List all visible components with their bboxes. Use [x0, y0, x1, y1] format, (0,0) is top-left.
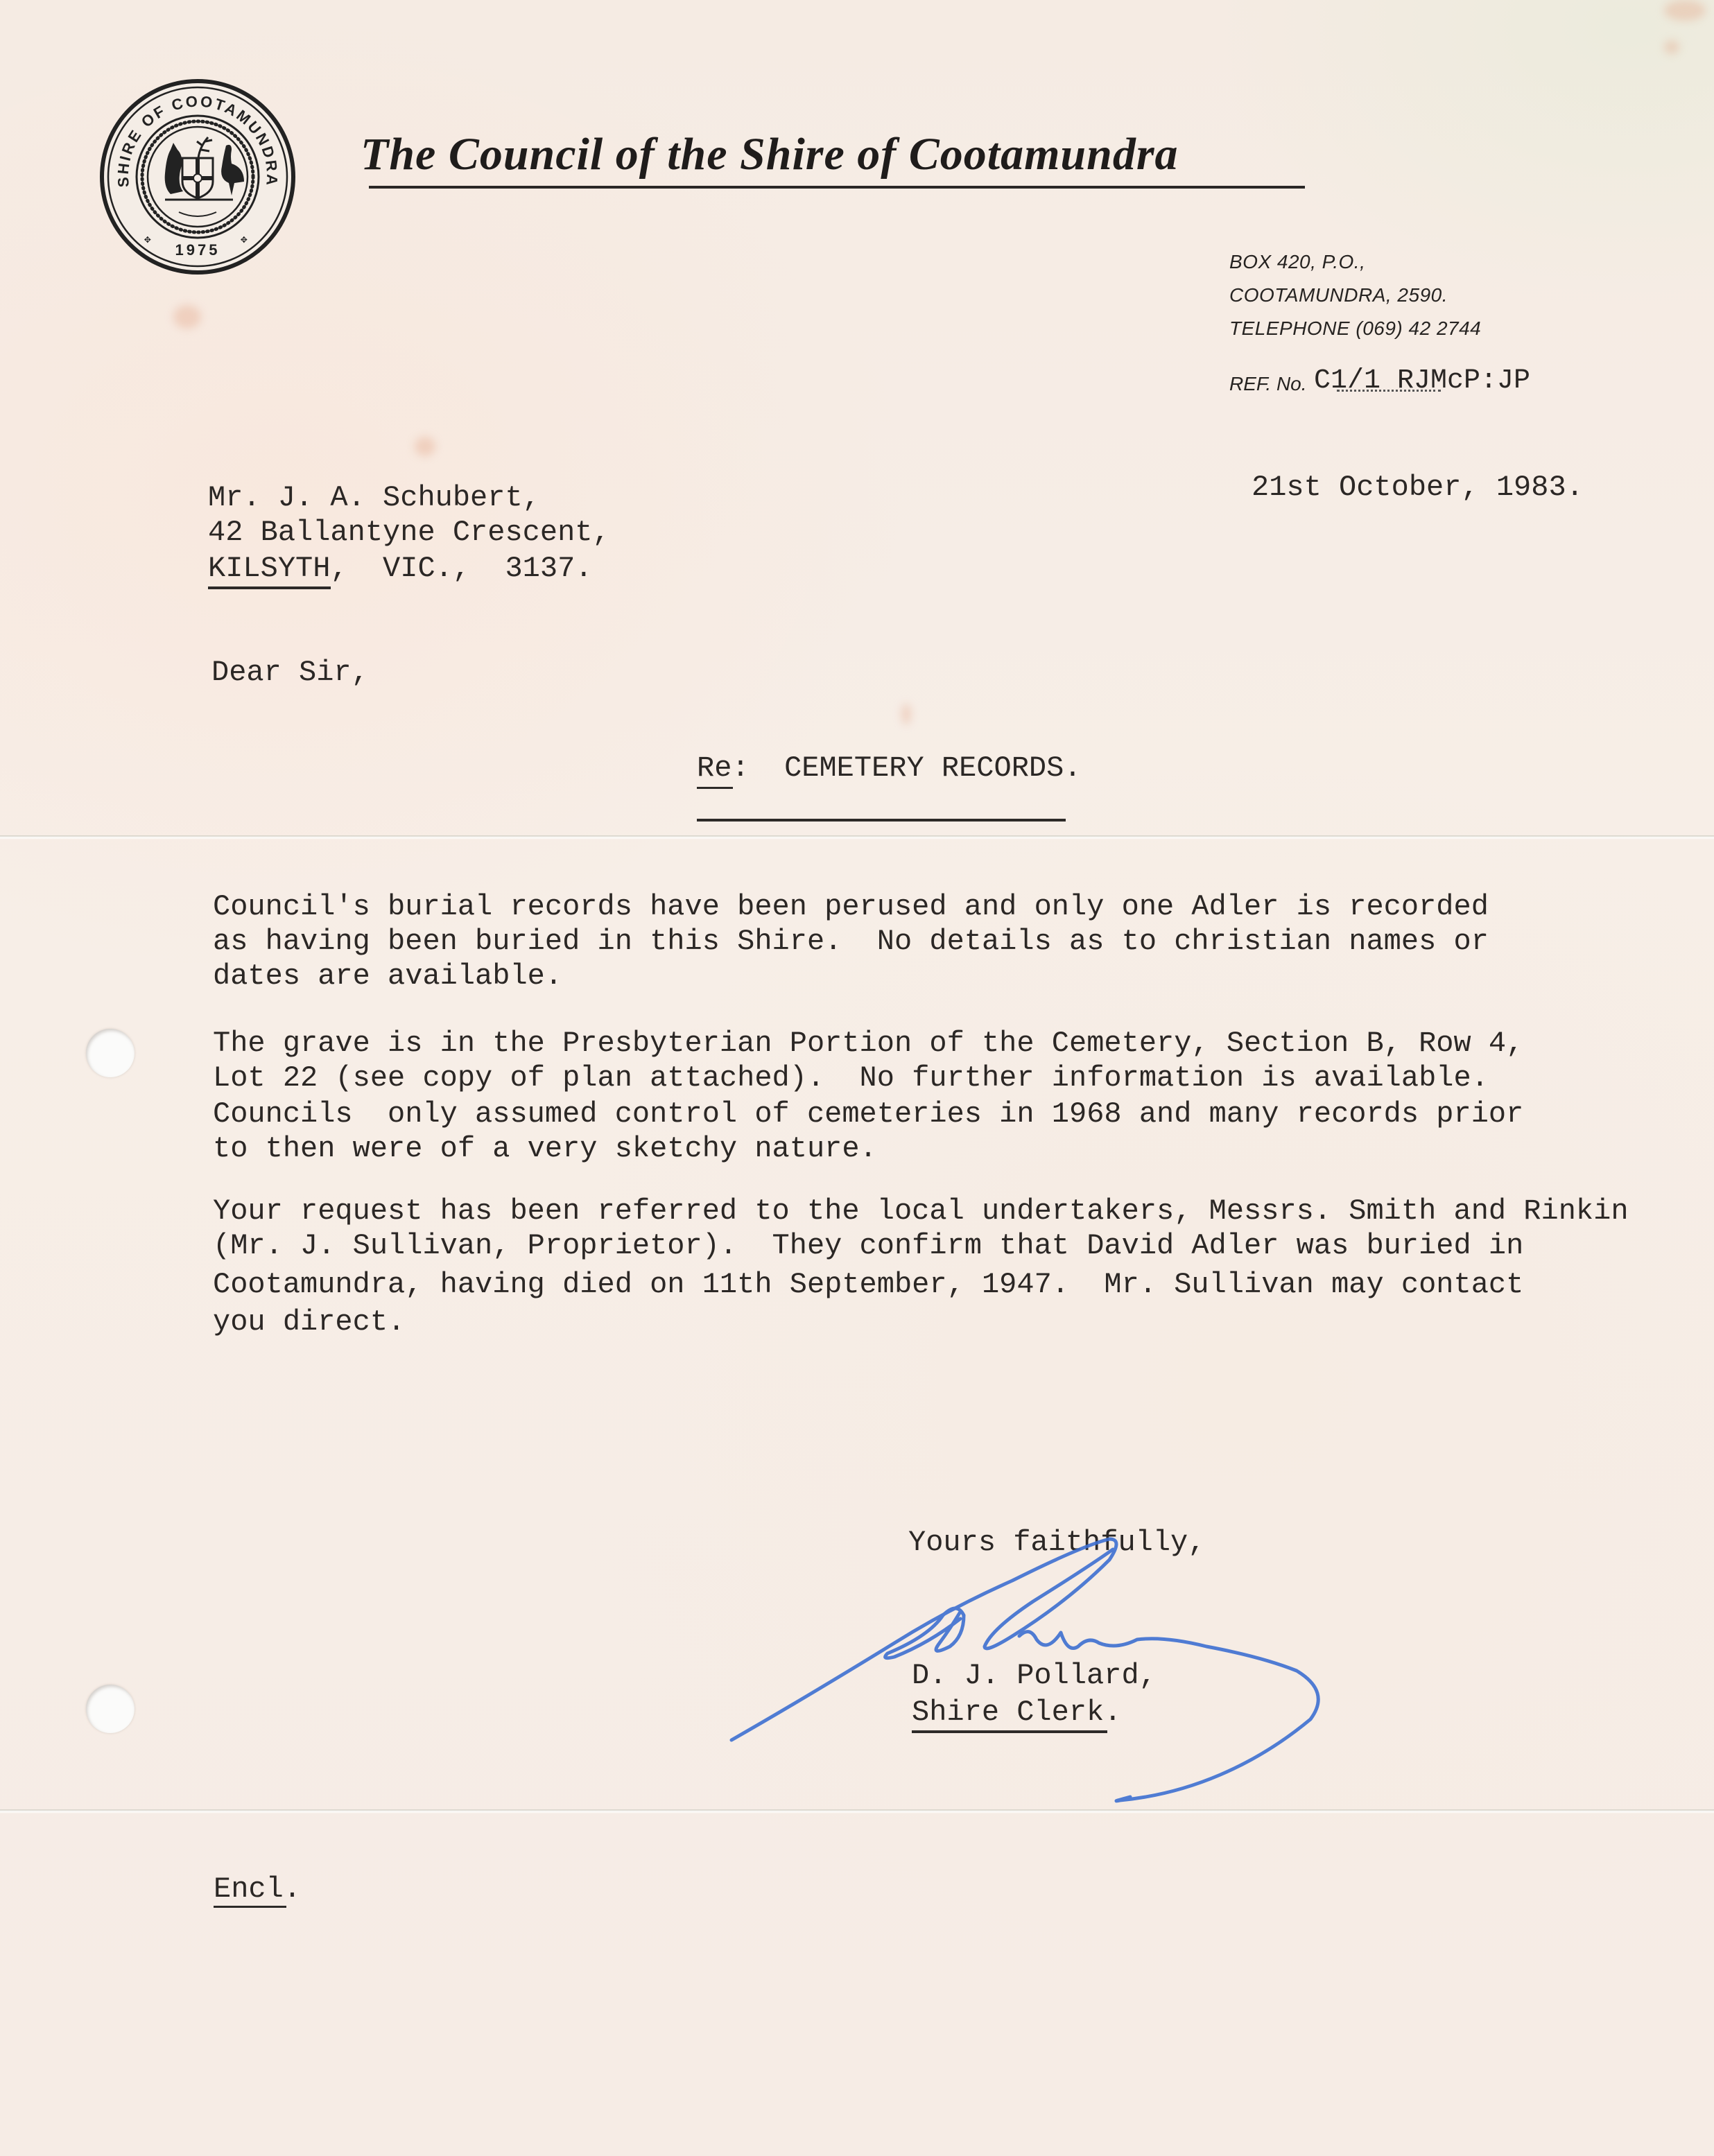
enclosure-label: Encl	[214, 1872, 284, 1906]
svg-text:✥: ✥	[241, 234, 248, 246]
body-line: Your request has been referred to the lo…	[213, 1194, 1629, 1228]
recipient-state-postcode: , VIC., 3137.	[330, 552, 592, 585]
body-line: dates are available.	[213, 959, 562, 993]
recipient-city-underline	[208, 586, 331, 589]
svg-text:1975: 1975	[175, 241, 220, 259]
punch-hole-lower	[86, 1685, 135, 1733]
body-line: to then were of a very sketchy nature.	[213, 1131, 877, 1166]
fold-line-upper	[0, 835, 1714, 840]
subject-underline	[697, 819, 1066, 821]
council-po-box: BOX 420, P.O.,	[1229, 251, 1365, 273]
svg-text:✥: ✥	[144, 234, 151, 246]
letter-date: 21st October, 1983.	[1252, 470, 1584, 505]
recipient-street: 42 Ballantyne Crescent,	[208, 515, 610, 550]
enclosure-underline	[214, 1906, 286, 1908]
paper-stain	[173, 305, 201, 329]
body-line: Lot 22 (see copy of plan attached). No f…	[213, 1061, 1489, 1095]
letterhead-rule	[369, 186, 1305, 189]
body-line: (Mr. J. Sullivan, Proprietor). They conf…	[213, 1228, 1523, 1263]
body-line: Councils only assumed control of cemeter…	[213, 1097, 1523, 1131]
paper-stain	[415, 437, 435, 456]
paper-stain	[901, 704, 911, 724]
subject-prefix: Re	[697, 751, 732, 785]
body-line: Cootamundra, having died on 11th Septemb…	[213, 1267, 1523, 1302]
ref-number: C1/1 RJMcP:JP	[1314, 365, 1530, 397]
body-line: you direct.	[213, 1305, 405, 1339]
enclosure-line: Encl.	[214, 1872, 301, 1906]
council-telephone: TELEPHONE (069) 42 2744	[1229, 318, 1481, 340]
body-line: Council's burial records have been perus…	[213, 889, 1489, 924]
paper-stain	[1664, 40, 1679, 54]
salutation: Dear Sir,	[211, 655, 369, 690]
body-line: as having been buried in this Shire. No …	[213, 924, 1489, 959]
signatory-name: D. J. Pollard,	[912, 1658, 1157, 1693]
fold-line-lower	[0, 1809, 1714, 1814]
closing: Yours faithfully,	[908, 1525, 1205, 1560]
signatory-title-underline	[912, 1730, 1107, 1733]
signatory-title-line: Shire Clerk.	[912, 1695, 1121, 1730]
recipient-city: KILSYTH	[208, 552, 330, 585]
punch-hole-upper	[86, 1029, 135, 1077]
recipient-name: Mr. J. A. Schubert,	[208, 480, 540, 515]
subject-prefix-underline	[697, 787, 733, 789]
subject-line: Re: CEMETERY RECORDS.	[697, 751, 1082, 785]
letterhead-title: The Council of the Shire of Cootamundra	[361, 128, 1310, 181]
council-town: COOTAMUNDRA, 2590.	[1229, 284, 1448, 306]
paper-stain	[1664, 0, 1706, 21]
council-seal-icon: SHIRE OF COOTAMUNDRA 1975 ✥ ✥	[97, 76, 298, 277]
ref-label: REF. No.	[1229, 373, 1307, 395]
body-line: The grave is in the Presbyterian Portion…	[213, 1026, 1523, 1061]
recipient-city-line: KILSYTH, VIC., 3137.	[208, 551, 593, 586]
subject-text: CEMETERY RECORDS.	[784, 751, 1081, 785]
signatory-title: Shire Clerk	[912, 1696, 1104, 1729]
